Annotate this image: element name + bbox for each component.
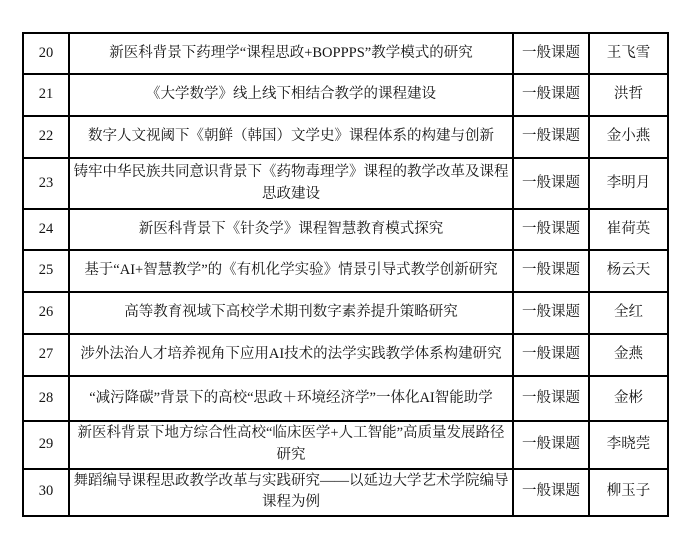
project-title: “减污降碳”背景下的高校“思政＋环境经济学”一体化AI智能助学	[69, 376, 513, 421]
document-page: 20 新医科背景下药理学“课程思政+BOPPPS”教学模式的研究 一般课题 王飞…	[0, 0, 688, 536]
project-title: 铸牢中华民族共同意识背景下《药物毒理学》课程的教学改革及课程思政建设	[69, 158, 513, 209]
row-number: 23	[23, 158, 69, 209]
row-number: 28	[23, 376, 69, 421]
table-row: 24 新医科背景下《针灸学》课程智慧教育模式探究 一般课题 崔荷英	[23, 209, 668, 250]
project-leader: 全红	[589, 292, 668, 334]
project-title: 新医科背景下地方综合性高校“临床医学+人工智能”高质量发展路径研究	[69, 421, 513, 469]
project-category: 一般课题	[513, 116, 589, 158]
project-category: 一般课题	[513, 334, 589, 376]
project-category: 一般课题	[513, 376, 589, 421]
table-row: 25 基于“AI+智慧教学”的《有机化学实验》情景引导式教学创新研究 一般课题 …	[23, 250, 668, 292]
project-category: 一般课题	[513, 74, 589, 116]
project-leader: 杨云天	[589, 250, 668, 292]
row-number: 22	[23, 116, 69, 158]
project-leader: 李晓莞	[589, 421, 668, 469]
project-list-table: 20 新医科背景下药理学“课程思政+BOPPPS”教学模式的研究 一般课题 王飞…	[22, 32, 669, 517]
project-leader: 李明月	[589, 158, 668, 209]
project-category: 一般课题	[513, 33, 589, 74]
project-category: 一般课题	[513, 158, 589, 209]
row-number: 27	[23, 334, 69, 376]
project-leader: 柳玉子	[589, 469, 668, 517]
project-category: 一般课题	[513, 209, 589, 250]
project-leader: 金燕	[589, 334, 668, 376]
row-number: 20	[23, 33, 69, 74]
project-title: 《大学数学》线上线下相结合教学的课程建设	[69, 74, 513, 116]
table-row: 28 “减污降碳”背景下的高校“思政＋环境经济学”一体化AI智能助学 一般课题 …	[23, 376, 668, 421]
project-title: 新医科背景下药理学“课程思政+BOPPPS”教学模式的研究	[69, 33, 513, 74]
table-row: 20 新医科背景下药理学“课程思政+BOPPPS”教学模式的研究 一般课题 王飞…	[23, 33, 668, 74]
project-leader: 崔荷英	[589, 209, 668, 250]
project-title: 高等教育视域下高校学术期刊数字素养提升策略研究	[69, 292, 513, 334]
table-row: 26 高等教育视域下高校学术期刊数字素养提升策略研究 一般课题 全红	[23, 292, 668, 334]
table-row: 23 铸牢中华民族共同意识背景下《药物毒理学》课程的教学改革及课程思政建设 一般…	[23, 158, 668, 209]
row-number: 25	[23, 250, 69, 292]
project-title: 新医科背景下《针灸学》课程智慧教育模式探究	[69, 209, 513, 250]
project-leader: 王飞雪	[589, 33, 668, 74]
table-row: 22 数字人文视阈下《朝鲜（韩国）文学史》课程体系的构建与创新 一般课题 金小燕	[23, 116, 668, 158]
row-number: 29	[23, 421, 69, 469]
project-title: 数字人文视阈下《朝鲜（韩国）文学史》课程体系的构建与创新	[69, 116, 513, 158]
row-number: 24	[23, 209, 69, 250]
project-title: 基于“AI+智慧教学”的《有机化学实验》情景引导式教学创新研究	[69, 250, 513, 292]
project-category: 一般课题	[513, 469, 589, 517]
project-leader: 金小燕	[589, 116, 668, 158]
project-title: 涉外法治人才培养视角下应用AI技术的法学实践教学体系构建研究	[69, 334, 513, 376]
project-category: 一般课题	[513, 421, 589, 469]
row-number: 21	[23, 74, 69, 116]
row-number: 30	[23, 469, 69, 517]
project-category: 一般课题	[513, 292, 589, 334]
table-row: 21 《大学数学》线上线下相结合教学的课程建设 一般课题 洪哲	[23, 74, 668, 116]
table-row: 29 新医科背景下地方综合性高校“临床医学+人工智能”高质量发展路径研究 一般课…	[23, 421, 668, 469]
row-number: 26	[23, 292, 69, 334]
project-title: 舞蹈编导课程思政教学改革与实践研究——以延边大学艺术学院编导课程为例	[69, 469, 513, 517]
table-row: 30 舞蹈编导课程思政教学改革与实践研究——以延边大学艺术学院编导课程为例 一般…	[23, 469, 668, 517]
project-category: 一般课题	[513, 250, 589, 292]
project-leader: 金彬	[589, 376, 668, 421]
table-row: 27 涉外法治人才培养视角下应用AI技术的法学实践教学体系构建研究 一般课题 金…	[23, 334, 668, 376]
project-leader: 洪哲	[589, 74, 668, 116]
